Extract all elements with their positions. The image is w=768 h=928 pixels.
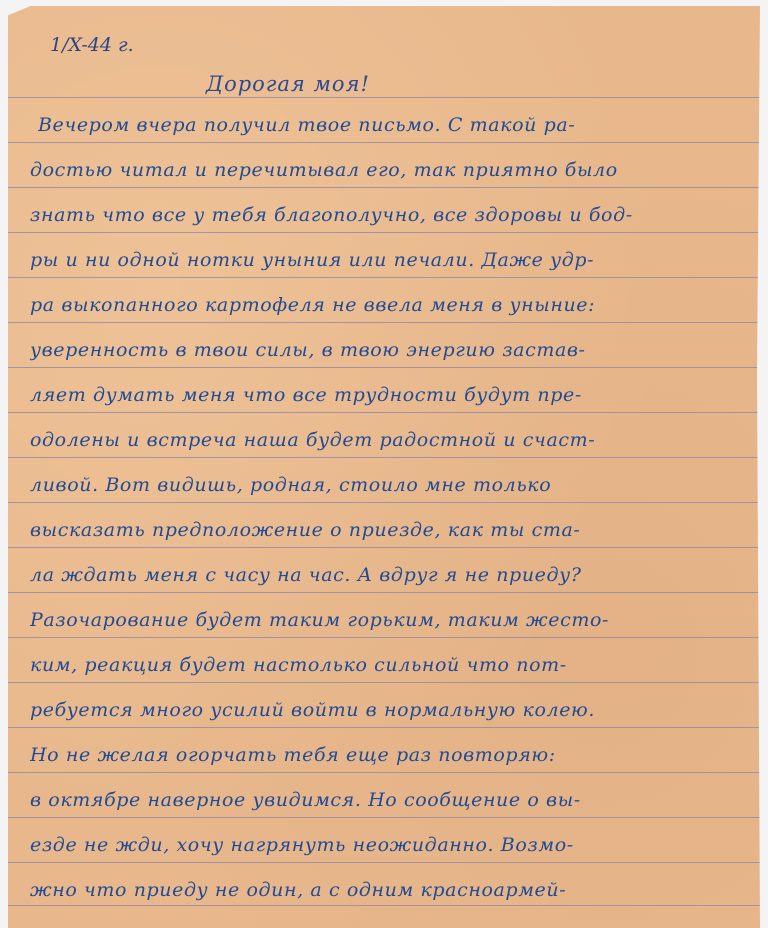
- letter-line: Разочарование будет таким горьким, таким…: [30, 609, 760, 631]
- letter-salutation: Дорогая моя!: [206, 72, 370, 96]
- ruled-line: [8, 547, 760, 548]
- letter-date: 1/X-44 г.: [50, 34, 134, 56]
- letter-line: в октябре наверное увидимся. Но сообщени…: [30, 789, 760, 811]
- ruled-line: [8, 637, 760, 638]
- letter-line: уверенность в твои силы, в твою энергию …: [30, 339, 760, 361]
- ruled-line: [8, 322, 760, 323]
- ruled-line: [8, 905, 760, 906]
- letter-line: жно что приеду не один, а с одним красно…: [30, 879, 760, 901]
- ruled-line: [8, 592, 760, 593]
- ruled-line: [8, 412, 760, 413]
- ruled-line: [8, 772, 760, 773]
- ruled-line: [8, 187, 760, 188]
- letter-page: 1/X-44 г. Дорогая моя! Вечером вчера пол…: [8, 6, 760, 928]
- letter-line: ла ждать меня с часу на час. А вдруг я н…: [30, 564, 760, 586]
- letter-line: ляет думать меня что все трудности будут…: [30, 384, 760, 406]
- letter-line: высказать предположение о приезде, как т…: [30, 519, 760, 541]
- letter-line: ким, реакция будет настолько сильной что…: [30, 654, 760, 676]
- ruled-line: [8, 682, 760, 683]
- letter-line: ребуется много усилий войти в нормальную…: [30, 699, 760, 721]
- ruled-line: [8, 97, 760, 98]
- ruled-line: [8, 457, 760, 458]
- letter-line: ра выкопанного картофеля не ввела меня в…: [30, 294, 760, 316]
- letter-line: Вечером вчера получил твое письмо. С так…: [38, 114, 768, 136]
- ruled-line: [8, 727, 760, 728]
- letter-line: достью читал и перечитывал его, так прия…: [30, 159, 760, 181]
- ruled-line: [8, 232, 760, 233]
- letter-line: Но не желая огорчать тебя еще раз повтор…: [30, 744, 760, 766]
- ruled-line: [8, 862, 760, 863]
- letter-line: ры и ни одной нотки уныния или печали. Д…: [30, 249, 760, 271]
- ruled-line: [8, 367, 760, 368]
- letter-line: одолены и встреча наша будет радостной и…: [30, 429, 760, 451]
- letter-line: езде не жди, хочу нагрянуть неожиданно. …: [30, 834, 760, 856]
- letter-line: ливой. Вот видишь, родная, стоило мне то…: [30, 474, 760, 496]
- ruled-line: [8, 142, 760, 143]
- ruled-line: [8, 277, 760, 278]
- ruled-line: [8, 502, 760, 503]
- ruled-line: [8, 817, 760, 818]
- letter-line: знать что все у тебя благополучно, все з…: [30, 204, 760, 226]
